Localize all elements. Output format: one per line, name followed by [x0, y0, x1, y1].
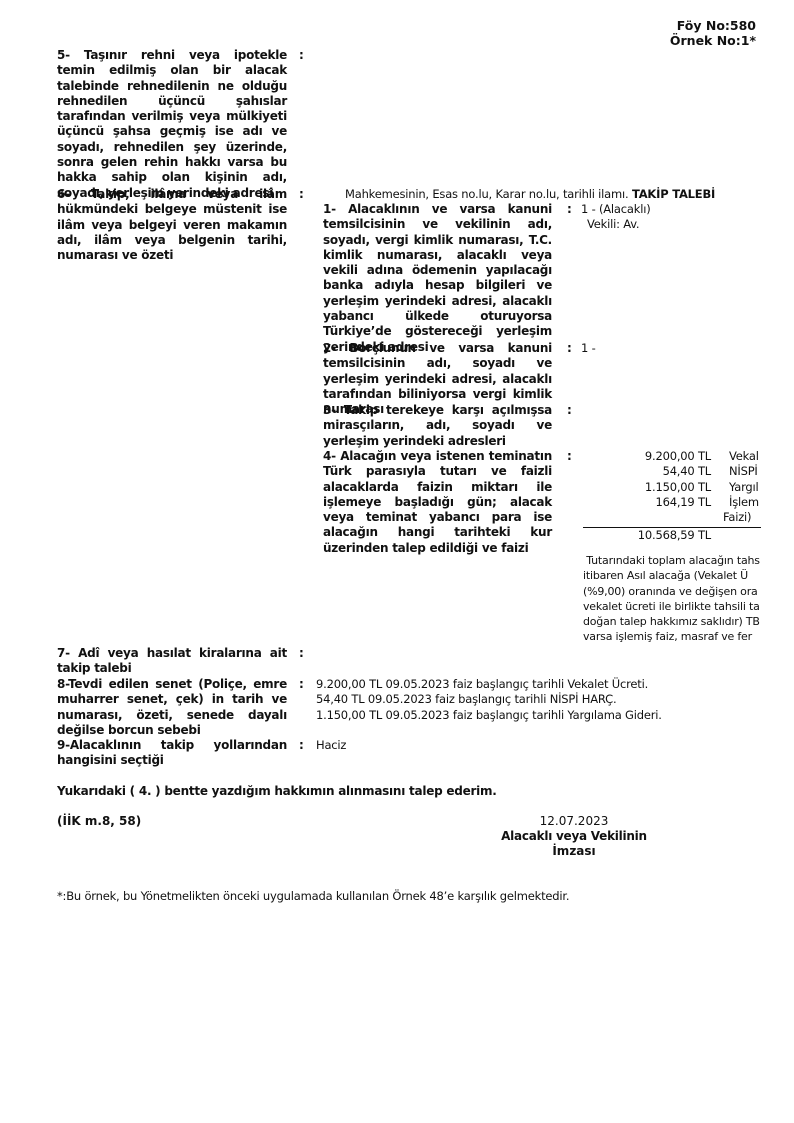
item-8-label: 8-Tevdi edilen senet (Poliçe, emre muhar… — [57, 677, 287, 738]
amount-description: NİSPİ — [711, 464, 758, 479]
note-line: Tutarındaki toplam alacağın tahs — [583, 553, 761, 568]
note-line: doğan talep hakkımız saklıdır) TB — [583, 614, 761, 629]
signature-date: 12.07.2023 — [494, 814, 654, 829]
sub-1-attorney: Vekili: Av. — [587, 217, 639, 232]
amount-row: 54,40 TLNİSPİ — [583, 464, 761, 479]
item-6-value: Mahkemesinin, Esas no.lu, Karar no.lu, t… — [345, 187, 715, 202]
sub-3-colon: : — [567, 403, 572, 418]
item-9-colon: : — [299, 738, 304, 753]
amount-value: 9.200,00 TL — [583, 449, 711, 464]
item-6-label: 6- Takip, ilâma veya ilâm hükmündeki bel… — [57, 187, 287, 263]
request-sentence: Yukarıdaki ( 4. ) bentte yazdığım hakkım… — [57, 784, 497, 798]
sub-1-colon: : — [567, 202, 572, 217]
note-line: itibaren Asıl alacağa (Vekalet Ü — [583, 568, 761, 583]
ornek-number: Örnek No:1* — [670, 33, 756, 48]
sub-2-colon: : — [567, 341, 572, 356]
sub-4-label: 4- Alacağın veya istenen teminatın Türk … — [323, 449, 552, 556]
note-line: (%9,00) oranında ve değişen ora — [583, 584, 761, 599]
item-8-colon: : — [299, 677, 304, 692]
item-9-label: 9-Alacaklının takip yollarından hangisin… — [57, 738, 287, 769]
item-5-colon: : — [299, 48, 304, 63]
total-amount: 10.568,59 TL — [583, 528, 711, 543]
amount-description: Yargıl — [711, 480, 759, 495]
amount-value: 1.150,00 TL — [583, 480, 711, 495]
item-7-colon: : — [299, 646, 304, 661]
sub-4-colon: : — [567, 449, 572, 464]
amount-value — [583, 510, 711, 525]
signature-line-1: Alacaklı veya Vekilinin — [494, 829, 654, 844]
amount-description: İşlem — [711, 495, 759, 510]
note-line: varsa işlemiş faiz, masraf ve fer — [583, 629, 761, 644]
form-header: Föy No:580 Örnek No:1* — [670, 18, 756, 48]
item-5-label: 5- Taşınır rehni veya ipotekle temin edi… — [57, 48, 287, 201]
foy-number: Föy No:580 — [670, 18, 756, 33]
amount-row: 9.200,00 TLVekal — [583, 449, 761, 464]
item-9-value: Haciz — [316, 738, 346, 753]
amount-row: 164,19 TLİşlem — [583, 495, 761, 510]
footnote: *:Bu örnek, bu Yönetmelikten önceki uygu… — [57, 889, 569, 903]
amount-value: 164,19 TL — [583, 495, 711, 510]
law-reference: (İİK m.8, 58) — [57, 814, 141, 828]
item-8-value: 9.200,00 TL 09.05.2023 faiz başlangıç ta… — [316, 677, 662, 723]
amount-description: Vekal — [711, 449, 759, 464]
amount-description: Faizi) — [711, 510, 751, 525]
sub-1-creditor: 1 - (Alacaklı) — [581, 202, 650, 217]
senet-line: 54,40 TL 09.05.2023 faiz başlangıç tarih… — [316, 692, 662, 707]
signature-block: 12.07.2023 Alacaklı veya Vekilinin İmzas… — [494, 814, 654, 859]
senet-line: 1.150,00 TL 09.05.2023 faiz başlangıç ta… — [316, 708, 662, 723]
amount-row: Faizi) — [583, 510, 761, 525]
amount-value: 54,40 TL — [583, 464, 711, 479]
sub-3-label: 3- Takip terekeye karşı açılmışsa mirasç… — [323, 403, 552, 449]
sub-1-label: 1- Alacaklının ve varsa kanuni temsilcis… — [323, 202, 552, 355]
signature-line-2: İmzası — [494, 844, 654, 859]
item-7-label: 7- Adî veya hasılat kiralarına ait takip… — [57, 646, 287, 677]
takip-talebi-title: TAKİP TALEBİ — [632, 187, 715, 201]
ilam-description: Mahkemesinin, Esas no.lu, Karar no.lu, t… — [345, 187, 628, 201]
interest-note: Tutarındaki toplam alacağın tahsitibaren… — [583, 553, 761, 645]
amount-row: 1.150,00 TLYargıl — [583, 480, 761, 495]
amounts-table: 9.200,00 TLVekal54,40 TLNİSPİ1.150,00 TL… — [583, 449, 761, 544]
item-6-colon: : — [299, 187, 304, 202]
note-line: vekalet ücreti ile birlikte tahsili ta — [583, 599, 761, 614]
sub-2-debtor: 1 - — [581, 341, 596, 356]
senet-line: 9.200,00 TL 09.05.2023 faiz başlangıç ta… — [316, 677, 662, 692]
